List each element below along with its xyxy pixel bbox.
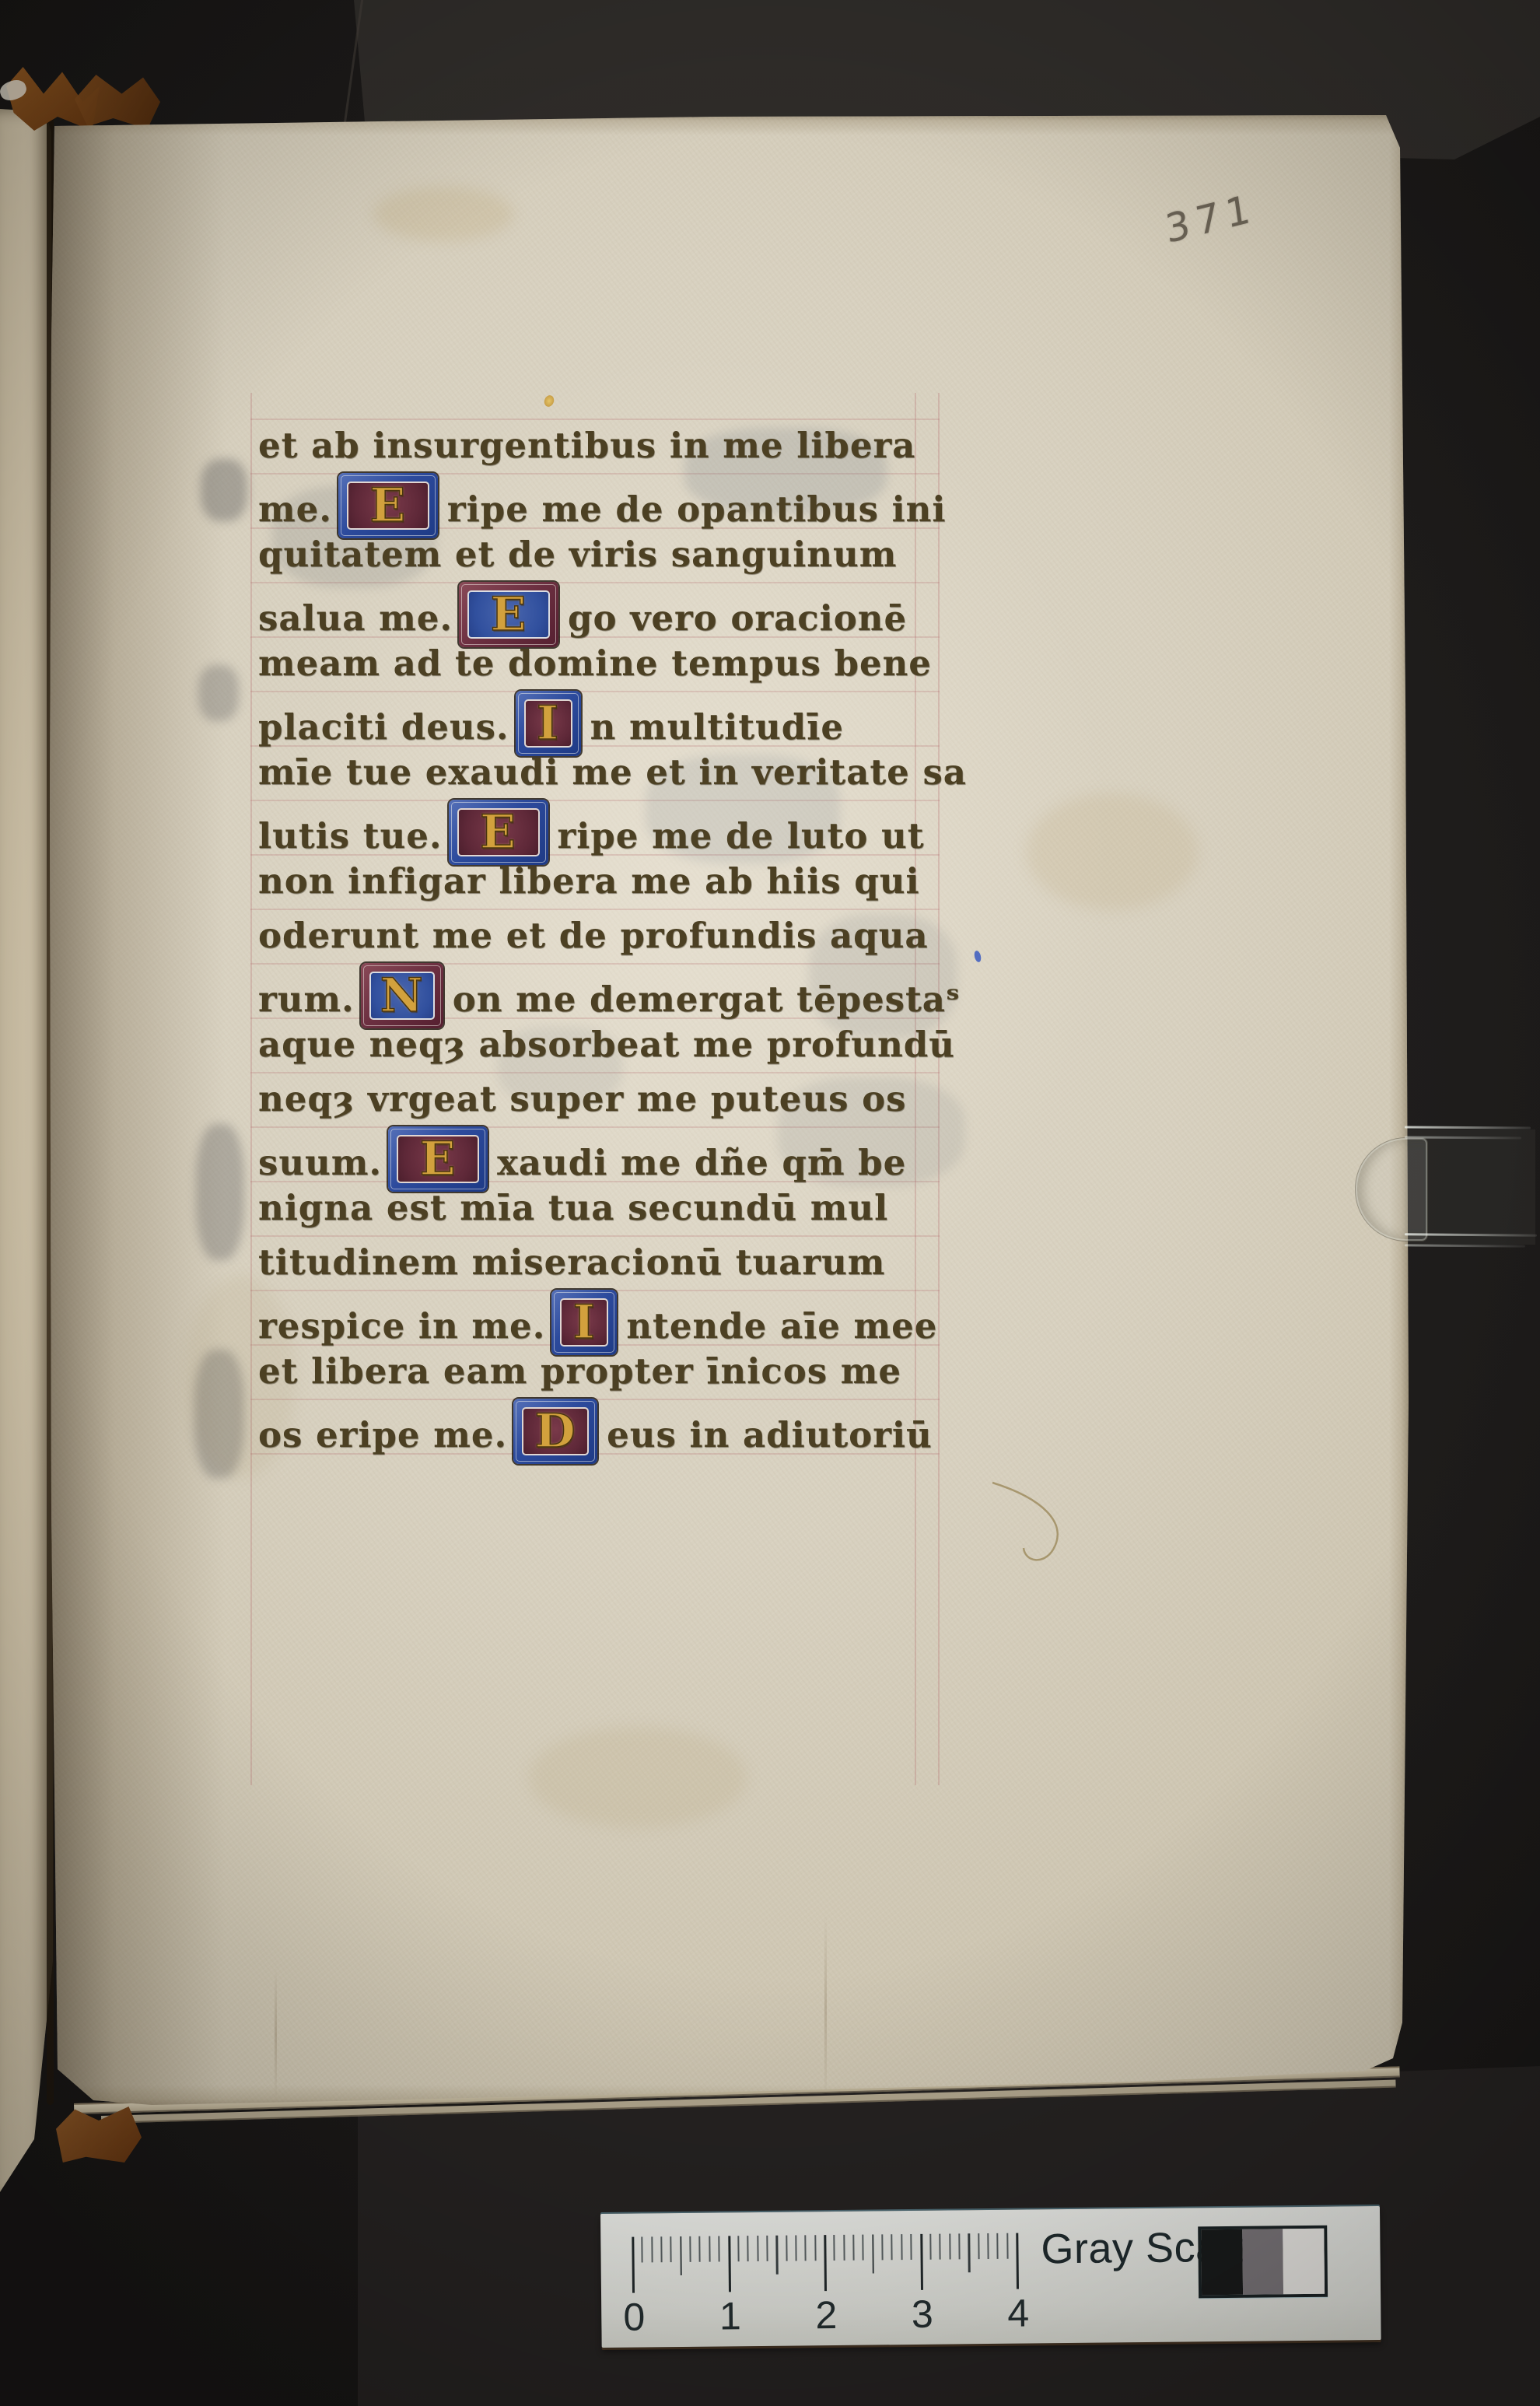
ruler-tick	[987, 2233, 989, 2259]
ruler-tick	[1006, 2233, 1008, 2259]
gray-patch	[1201, 2229, 1243, 2296]
ruler-number: 3	[899, 2292, 947, 2338]
manuscript-text-line: os eripe me.Deus in adiutoriū	[258, 1399, 997, 1453]
ruler-tick	[689, 2236, 691, 2262]
ruler-tick	[699, 2236, 701, 2262]
ruler-tick	[863, 2235, 864, 2261]
line-text: nigna est mīa tua secundū mul	[258, 1187, 888, 1228]
text-block: et ab insurgentibus in me liberame.Eripe…	[258, 419, 997, 1453]
ruler-tick	[757, 2236, 758, 2261]
line-text: salua me.	[258, 597, 453, 639]
ruler-number: 1	[707, 2293, 754, 2339]
binding-leather-fragment	[75, 75, 160, 129]
line-text: suum.	[258, 1142, 382, 1183]
line-text: ntende aīe mee	[626, 1305, 937, 1347]
ruler-tick	[737, 2236, 739, 2261]
ruler-tick	[680, 2236, 682, 2275]
initial-letter: E	[338, 473, 438, 538]
line-text: quitatem et de viris sanguinum	[258, 534, 897, 575]
folio-number: 371	[1163, 185, 1259, 253]
ruler-tick	[670, 2236, 672, 2262]
line-text: rum.	[258, 979, 355, 1020]
ruler-tick	[910, 2234, 912, 2260]
manuscript-text-line: titudinem miseracionū tuarum	[258, 1235, 997, 1290]
parchment-stain	[529, 1727, 747, 1828]
manuscript-text-line: neqȝ vrgeat super me puteus os	[258, 1072, 997, 1126]
manuscript-text-line: et ab insurgentibus in me libera	[258, 419, 997, 473]
ruler-tick	[968, 2233, 971, 2272]
ruler-tick	[776, 2236, 779, 2275]
initial-letter: I	[551, 1290, 617, 1355]
illuminated-initial: E	[459, 582, 558, 647]
parchment-stain	[1027, 793, 1198, 910]
ruler-tick	[718, 2236, 719, 2261]
initial-letter: D	[513, 1399, 597, 1464]
ruler-number: 0	[611, 2294, 658, 2340]
line-text: ripe me de luto ut	[558, 815, 925, 856]
manuscript-text-line: respice in me.Intende aīe mee	[258, 1290, 997, 1344]
ruler-tick	[901, 2234, 902, 2260]
line-text: ripe me de opantibus ini	[447, 489, 947, 530]
ruler-tick	[632, 2237, 635, 2293]
initial-letter: E	[388, 1126, 488, 1192]
ruler-tick	[786, 2236, 787, 2261]
initial-letter: I	[516, 691, 581, 756]
manuscript-text-line: me.Eripe me de opantibus ini	[258, 473, 997, 527]
ruler-tick	[891, 2234, 893, 2260]
ruler-tick	[651, 2236, 653, 2262]
line-text: non infigar libera me ab hiis qui	[258, 860, 920, 902]
manuscript-page: et ab insurgentibus in me liberame.Eripe…	[47, 109, 1412, 2116]
manuscript-text-line: rum.Non me demergat tēpestaˢ	[258, 963, 997, 1017]
line-text: on me demergat tēpestaˢ	[453, 979, 961, 1020]
manuscript-text-line: lutis tue.Eripe me de luto ut	[258, 800, 997, 854]
ruler-tick	[939, 2234, 940, 2260]
illuminated-initial: D	[513, 1399, 597, 1464]
initial-letter: E	[449, 800, 548, 865]
illuminated-initial: I	[551, 1290, 617, 1355]
show-through-mark	[196, 1124, 244, 1260]
line-text: n multitudīe	[590, 706, 844, 748]
manuscript-text-line: non infigar libera me ab hiis qui	[258, 854, 997, 909]
illuminated-initial: N	[361, 963, 443, 1028]
line-text: lutis tue.	[258, 815, 443, 856]
ruler-tick	[795, 2235, 796, 2261]
line-text: oderunt me et de profundis aqua	[258, 915, 929, 956]
illuminated-initial: I	[516, 691, 581, 756]
ruler-tick	[929, 2234, 931, 2260]
ruler-tick	[949, 2234, 950, 2260]
ruler-tick	[814, 2235, 816, 2261]
ruler-tick	[747, 2236, 748, 2261]
parchment-crease	[275, 1968, 277, 2100]
ruler-tick	[997, 2233, 999, 2259]
ruler-tick	[766, 2236, 768, 2261]
line-text: neqȝ vrgeat super me puteus os	[258, 1078, 906, 1119]
manuscript-text-line: et libera eam propter īnicos me	[258, 1344, 997, 1399]
ruler-tick	[709, 2236, 710, 2262]
ruler-tick	[872, 2235, 874, 2274]
ruler-tick	[978, 2233, 979, 2259]
pen-flourish	[988, 1472, 1097, 1581]
show-through-mark	[201, 459, 247, 521]
parchment-stain	[373, 187, 513, 241]
line-text: meam ad te domine tempus bene	[258, 643, 932, 684]
line-text: me.	[258, 489, 332, 530]
gray-patch	[1242, 2229, 1284, 2295]
line-text: et libera eam propter īnicos me	[258, 1350, 901, 1392]
line-text: os eripe me.	[258, 1414, 507, 1455]
illuminated-initial: E	[388, 1126, 488, 1192]
initial-letter: E	[459, 582, 558, 647]
line-text: respice in me.	[258, 1305, 545, 1347]
ruler-tick	[843, 2235, 845, 2261]
manuscript-text-line: meam ad te domine tempus bene	[258, 636, 997, 691]
line-text: titudinem miseracionū tuarum	[258, 1242, 885, 1283]
manuscript-text-line: salua me.Ego vero oracionē	[258, 582, 997, 636]
calibration-ruler: 01234 Gray Scale	[600, 2206, 1381, 2348]
show-through-mark	[198, 665, 239, 721]
initial-letter: N	[361, 963, 443, 1028]
manuscript-text-line: nigna est mīa tua secundū mul	[258, 1181, 997, 1235]
manuscript-text-line: suum.Exaudi me dñe qm̄ be	[258, 1126, 997, 1181]
binding-leather-fragment	[56, 2107, 142, 2163]
ruler-tick	[852, 2235, 854, 2261]
manuscript-text-line: mīe tue exaudi me et in veritate sa	[258, 745, 997, 800]
line-text: aque neqȝ absorbeat me profundū	[258, 1024, 955, 1065]
gray-patch	[1283, 2229, 1325, 2295]
illuminated-initial: E	[449, 800, 548, 865]
line-text: mīe tue exaudi me et in veritate sa	[258, 751, 967, 793]
manuscript-text-line: placiti deus.In multitudīe	[258, 691, 997, 745]
ruler-tick	[824, 2235, 827, 2291]
parchment-crease	[824, 1914, 827, 2104]
manuscript-text-line: oderunt me et de profundis aqua	[258, 909, 997, 963]
ruler-tick	[805, 2235, 807, 2261]
ruler-number: 2	[803, 2292, 850, 2338]
ruler-tick	[660, 2236, 662, 2262]
ruler-tick	[958, 2233, 960, 2259]
ruler-tick	[1016, 2233, 1019, 2289]
gray-scale-patches	[1198, 2226, 1328, 2299]
gutter-shading	[47, 109, 226, 2116]
line-text: et ab insurgentibus in me libera	[258, 425, 915, 466]
line-text: placiti deus.	[258, 706, 509, 748]
ruler-tick	[642, 2236, 643, 2262]
line-text: go vero oracionē	[568, 597, 907, 639]
margin-rule	[250, 393, 252, 1785]
illuminated-initial: E	[338, 473, 438, 538]
line-text: xaudi me dñe qm̄ be	[497, 1142, 906, 1183]
ruler-tick	[728, 2236, 731, 2292]
ruler-tick	[834, 2235, 835, 2261]
line-text: eus in adiutoriū	[607, 1414, 933, 1455]
ruler-number: 4	[995, 2290, 1042, 2336]
manuscript-photograph: et ab insurgentibus in me liberame.Eripe…	[0, 0, 1540, 2406]
ruler-tick	[881, 2234, 883, 2260]
ruler-tick	[920, 2234, 923, 2290]
